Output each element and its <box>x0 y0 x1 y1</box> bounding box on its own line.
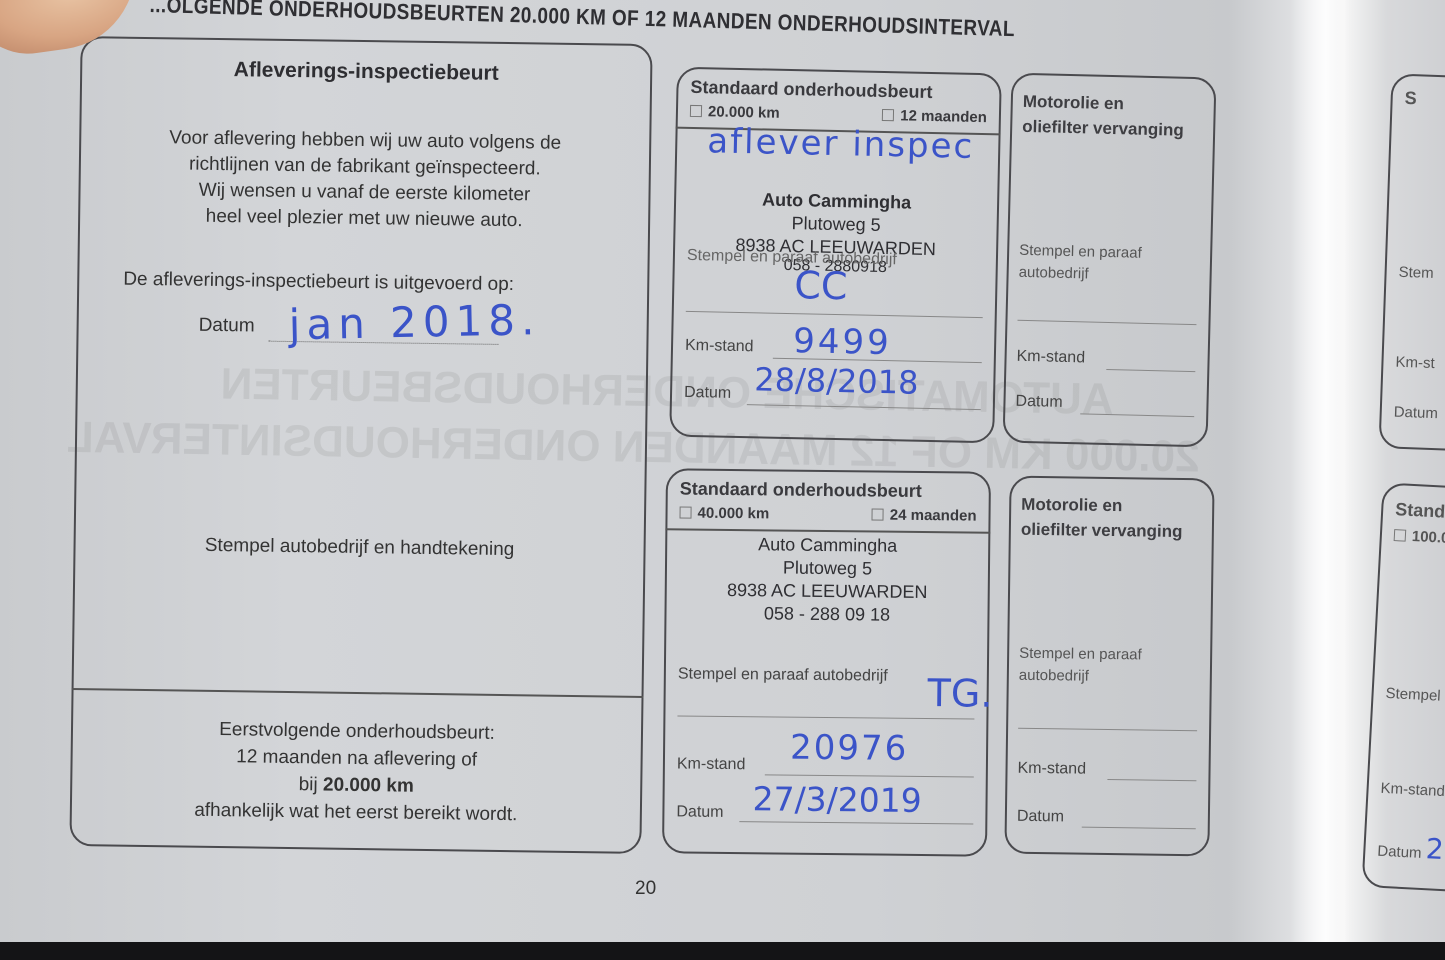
oil-change-box-2: Motorolie enoliefilter vervanging Stempe… <box>1004 476 1214 857</box>
divider <box>72 688 644 698</box>
handwritten-note: aflever inspec <box>707 121 975 167</box>
stamp-label: Stempel en paraafautobedrijf <box>1018 240 1142 287</box>
checkbox-km[interactable] <box>690 105 702 117</box>
datum-label: Datum <box>684 384 731 403</box>
next-page-box-top: S Stem Km-st Datum <box>1378 73 1445 451</box>
checkbox-months[interactable] <box>882 109 894 121</box>
stamp-label: Stempel autobedrijf en handtekening <box>75 533 643 563</box>
stamp-label: Stempel en paraaf autobedrijf <box>678 665 888 685</box>
km-value: 20976 <box>790 728 909 769</box>
service-options: 40.000 km 24 maanden <box>679 504 976 524</box>
delivery-intro: Voor aflevering hebben wij uw auto volge… <box>110 124 619 235</box>
delivery-title: Afleverings-inspectiebeurt <box>82 56 650 88</box>
next-service-info: Eerstvolgende onderhoudsbeurt: 12 maande… <box>112 715 601 830</box>
page-number: 20 <box>635 878 656 900</box>
checkbox-months[interactable] <box>872 508 884 520</box>
service-title: Standaard onderhoudsbeurt <box>690 77 932 103</box>
km-value: 9499 <box>793 321 892 363</box>
table-surface <box>0 942 1445 960</box>
datum-value: 27/3/2019 <box>752 779 922 820</box>
oil-change-box-1: Motorolie enoliefilter vervanging Stempe… <box>1003 73 1217 448</box>
datum-label: Datum <box>1017 808 1064 827</box>
datum-label: Datum <box>1015 393 1063 412</box>
km-label: Km-stand <box>685 337 754 356</box>
km-label: Km-stand <box>1016 348 1085 368</box>
datum-label: Datum <box>198 315 254 338</box>
page-header: ...OLGENDE ONDERHOUDSBEURTEN 20.000 KM O… <box>149 0 1044 43</box>
oil-title: Motorolie enoliefilter vervanging <box>1021 492 1183 544</box>
booklet-page: AUTOMATISCHE ONDERHOUDSBEURTEN 20.000 KM… <box>0 0 1445 945</box>
oil-title: Motorolie enoliefilter vervanging <box>1022 89 1185 143</box>
next-page-box-bottom: Standa 100.00 Stempel er Km-stand Datum … <box>1361 482 1445 892</box>
datum-value: 28/8/2018 <box>754 360 919 401</box>
service-box-20000: Standaard onderhoudsbeurt 20.000 km 12 m… <box>669 67 1002 444</box>
dealer-stamp: Auto Cammingha Plutoweg 5 8938 AC LEEUWA… <box>666 532 988 627</box>
book-spine <box>1290 0 1350 945</box>
service-title: Standaard onderhoudsbeurt <box>680 478 922 502</box>
delivery-inspection-box: Afleverings-inspectiebeurt Voor afleveri… <box>69 36 652 854</box>
initials: CC <box>794 263 848 308</box>
checkbox-km[interactable] <box>680 506 692 518</box>
km-label: Km-stand <box>1017 760 1086 779</box>
datum-handwritten: jan 2018. <box>288 295 541 349</box>
performed-label: De afleverings-inspectiebeurt is uitgevo… <box>123 269 514 296</box>
service-box-40000: Standaard onderhoudsbeurt 40.000 km 24 m… <box>662 468 991 856</box>
initials: TG. <box>927 671 992 716</box>
stamp-label: Stempel en paraafautobedrijf <box>1019 643 1142 689</box>
km-label: Km-stand <box>677 755 746 774</box>
datum-label: Datum <box>676 803 723 821</box>
